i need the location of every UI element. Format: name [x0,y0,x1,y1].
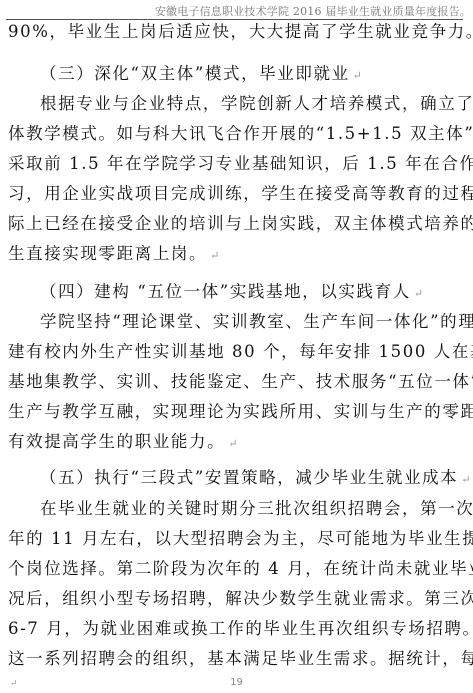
heading-text: （四）建构 “五位一体”实践基地，以实践育人 [40,282,411,301]
page-number: 19 [0,677,473,688]
section-heading-4: （四）建构 “五位一体”实践基地，以实践育人↵ [40,282,467,304]
paragraph-line: 这一系列招聘会的组织，基本满足毕业生需求。据统计，每年总 [8,649,467,669]
paragraph-line: 生直接实现零距离上岗。↵ [8,244,467,266]
paragraph-line: 习，用企业实战项目完成训练，学生在接受高等教育的过程中实 [8,184,467,204]
paragraph-line: 际上已经在接受企业的培训与上岗实践，双主体模式培养的毕业 [8,214,467,234]
running-header: 安徽电子信息职业技术学院 2016 届毕业生就业质量年度报告。 [155,3,471,19]
section-heading-3: （三）深化“双主体”模式，毕业即就业↵ [40,64,467,86]
heading-text: （五）执行“三段式”安置策略，减少毕业生就业成本 [40,468,458,487]
paragraph-line: 90%，毕业生上岗后适应快，大大提高了学生就业竞争力。↵ [8,22,467,44]
header-rule [6,19,463,20]
paragraph-line: 根据专业与企业特点，学院创新人才培养模式，确立了双主 [40,94,467,114]
paragraph-line: 生产与教学互融，实现理论为实践所用、实训与生产的零距离， [8,402,467,422]
paragraph-line: 建有校内外生产性实训基地 80 个，每年安排 1500 人在基地实训。 [8,342,467,362]
line-text: 90%，毕业生上岗后适应快，大大提高了学生就业竞争力。 [8,22,473,41]
paragraph-line: 在毕业生就业的关键时期分三批次组织招聘会，第一次在每 [40,499,467,519]
paragraph-mark-icon: ↵ [228,437,237,450]
paragraph-mark-icon: ↵ [414,287,423,300]
paragraph-line: 况后，组织小型专场招聘，解决少数学生就业需求。第三次是在 [8,589,467,609]
line-text: 有效提高学生的职业能力。 [8,432,225,451]
paragraph-mark-icon: ↵ [353,69,362,82]
line-text: 生直接实现零距离上岗。 [8,244,207,263]
paragraph-line: 6-7 月，为就业困难或换工作的毕业生再次组织专场招聘。通过 [8,619,467,639]
paragraph-line: 有效提高学生的职业能力。↵ [8,432,467,454]
paragraph-line: 基地集教学、实训、技能鉴定、生产、技术服务“五位一体”， [8,372,467,392]
heading-text: （三）深化“双主体”模式，毕业即就业 [40,64,350,83]
paragraph-line: 年的 11 月左右，以大型招聘会为主，尽可能地为毕业生提供多 [8,529,467,549]
paragraph-mark-icon: ↵ [210,249,219,262]
paragraph-line: 个岗位选择。第二阶段为次年的 4 月，在统计尚未就业毕业生情 [8,559,467,579]
paragraph-line: 学院坚持“理论课堂、实训教室、生产车间一体化”的理念， [40,312,467,332]
paragraph-mark-icon: ↵ [461,473,470,486]
paragraph-line: 采取前 1.5 年在学院学习专业基础知识，后 1.5 年在合作企业学 [8,154,467,174]
section-heading-5: （五）执行“三段式”安置策略，减少毕业生就业成本↵ [40,468,467,490]
paragraph-line: 体教学模式。如与科大讯飞合作开展的“1.5+1.5 双主体”模式 [8,124,467,144]
